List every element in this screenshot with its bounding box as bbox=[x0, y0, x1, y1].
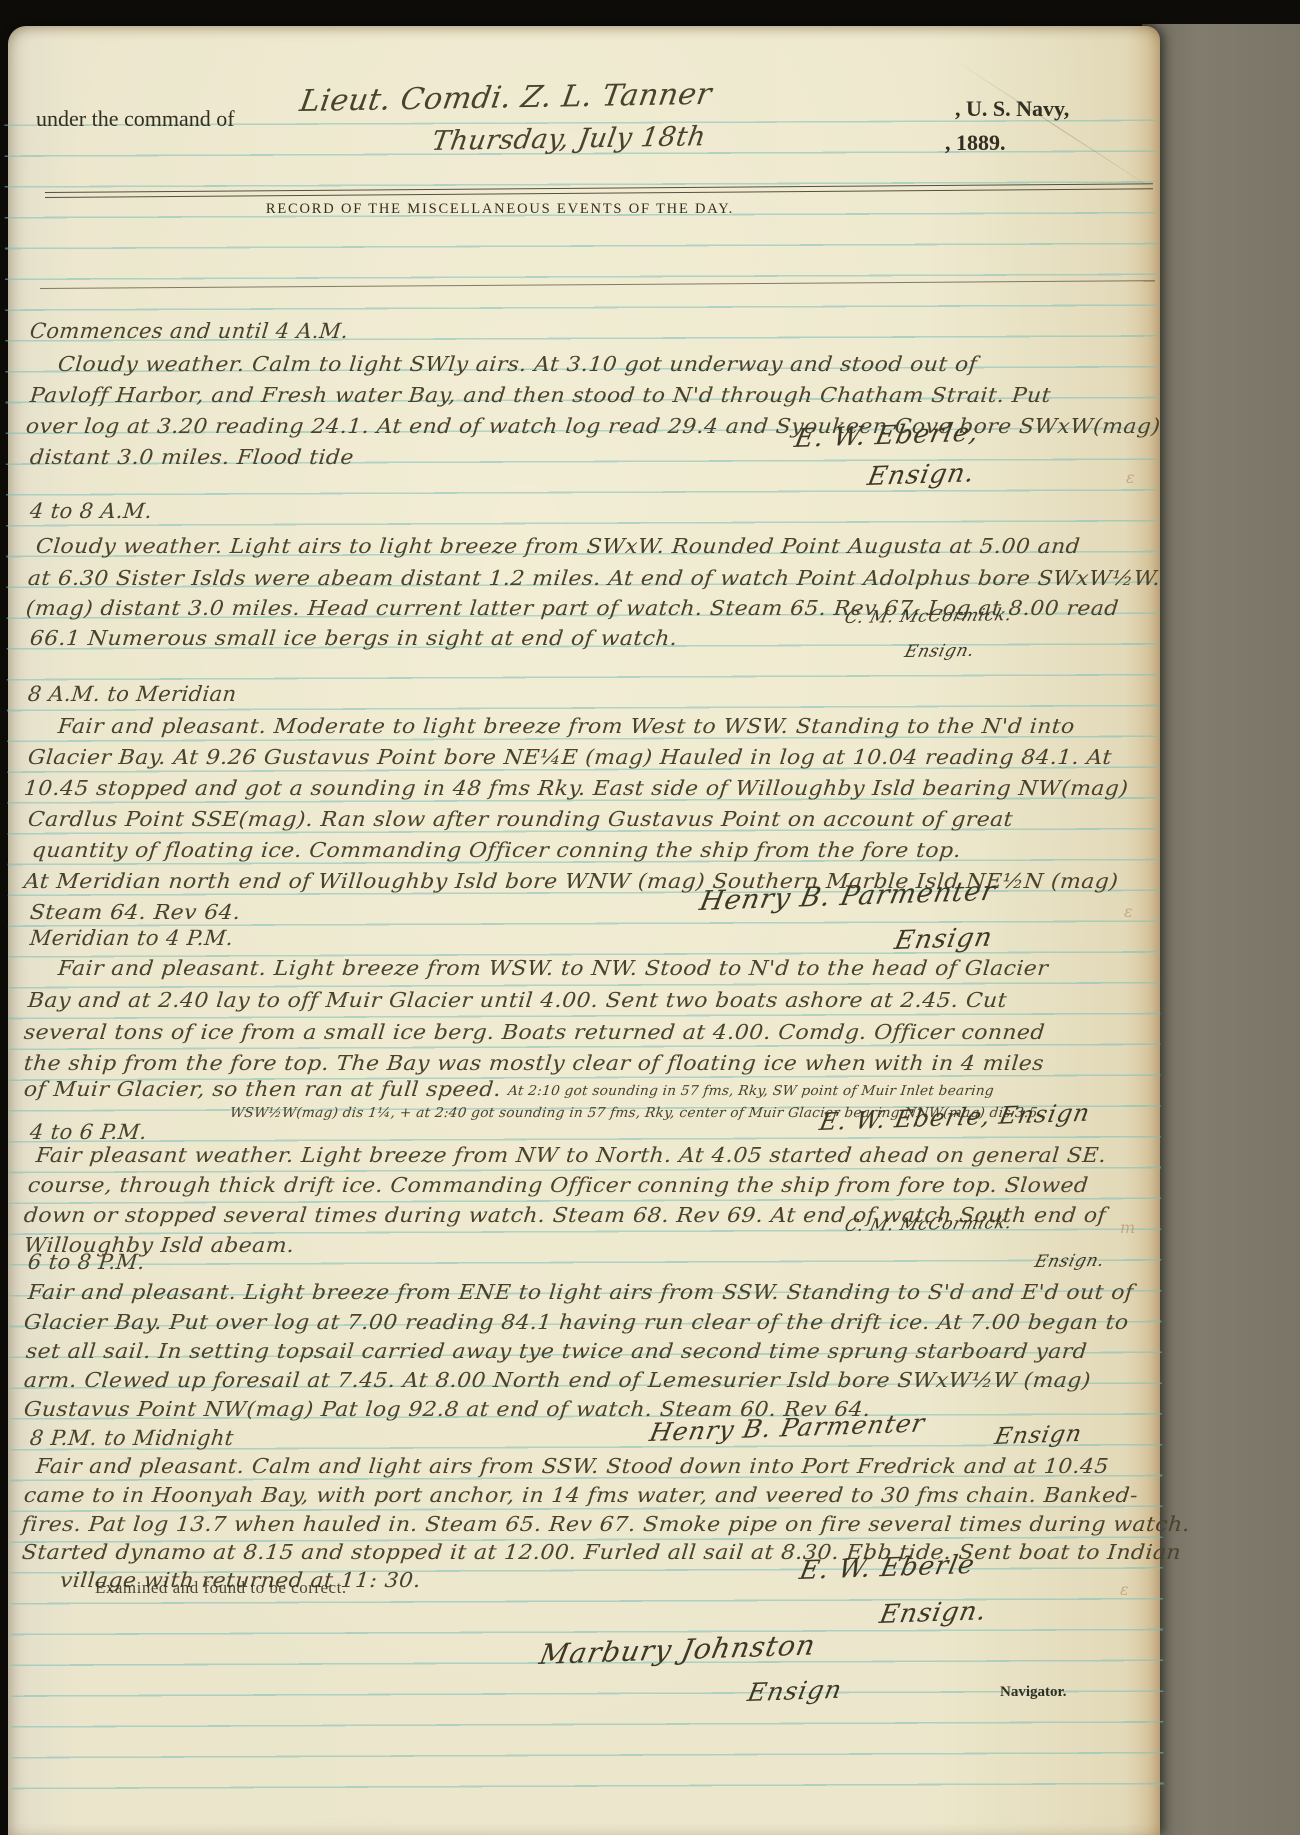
log-line: Cardlus Point SSE(mag). Ran slow after r… bbox=[27, 805, 1014, 833]
log-line: over log at 3.20 reading 24.1. At end of… bbox=[25, 412, 1162, 440]
watch-heading: 4 to 8 A.M. bbox=[29, 497, 154, 525]
log-line: of Muir Glacier, so then ran at full spe… bbox=[23, 1075, 503, 1103]
log-line: Glacier Bay. At 9.26 Gustavus Point bore… bbox=[27, 743, 1113, 771]
officer-rank: Ensign bbox=[992, 1421, 1084, 1450]
watch-heading: Meridian to 4 P.M. bbox=[29, 924, 235, 952]
log-line: distant 3.0 miles. Flood tide bbox=[29, 443, 355, 471]
log-line: Bay and at 2.40 lay to off Muir Glacier … bbox=[27, 986, 1008, 1014]
log-line: at 6.30 Sister Islds were abeam distant … bbox=[27, 564, 1162, 592]
watch-heading: 6 to 8 P.M. bbox=[27, 1248, 147, 1276]
officer-rank: Ensign bbox=[892, 923, 995, 956]
watch-heading: Commences and until 4 A.M. bbox=[29, 317, 350, 345]
officer-rank: Ensign. bbox=[1032, 1251, 1106, 1272]
officer-signature: E. W. Eberle bbox=[797, 1550, 978, 1586]
margin-mark: ε bbox=[1124, 902, 1133, 921]
margin-mark: ε bbox=[1120, 1580, 1129, 1599]
log-line: came to in Hoonyah Bay, with port anchor… bbox=[23, 1481, 1139, 1509]
watch-heading: 8 P.M. to Midnight bbox=[29, 1424, 236, 1452]
log-line: Cloudy weather. Light airs to light bree… bbox=[35, 532, 1082, 560]
margin-mark: ε bbox=[1126, 468, 1135, 487]
officer-rank: Ensign. bbox=[865, 458, 978, 492]
log-line: the ship from the fore top. The Bay was … bbox=[23, 1049, 1045, 1077]
log-line: 66.1 Numerous small ice bergs in sight a… bbox=[29, 624, 679, 652]
log-line: fires. Pat log 13.7 when hauled in. Stea… bbox=[21, 1510, 1191, 1538]
officer-rank: Ensign. bbox=[877, 1596, 990, 1630]
log-line: several tons of ice from a small ice ber… bbox=[23, 1018, 1046, 1046]
page-title: RECORD OF THE MISCELLANEOUS EVENTS OF TH… bbox=[230, 201, 770, 218]
log-line: Pavloff Harbor, and Fresh water Bay, and… bbox=[29, 381, 1052, 409]
margin-mark: m bbox=[1120, 1218, 1135, 1237]
log-line: Fair and pleasant. Calm and light airs f… bbox=[35, 1452, 1110, 1480]
commander-signature-line: Lieut. Comdi. Z. L. Tanner bbox=[298, 81, 714, 116]
log-line: Steam 64. Rev 64. bbox=[29, 898, 242, 926]
officer-rank: Ensign. bbox=[902, 641, 976, 662]
log-line: quantity of floating ice. Commanding Off… bbox=[31, 836, 962, 864]
log-line: Cloudy weather. Calm to light SWly airs.… bbox=[57, 350, 979, 378]
printed-navigator-label: Navigator. bbox=[1000, 1684, 1067, 1701]
log-line: course, through thick drift ice. Command… bbox=[27, 1171, 1090, 1199]
officer-signature: C. M. McCormick. bbox=[842, 1213, 1014, 1236]
officer-signature: C. M. McCormick. bbox=[842, 605, 1014, 628]
printed-command-prefix: under the command of bbox=[36, 106, 235, 132]
log-line: Fair pleasant weather. Light breeze from… bbox=[35, 1141, 1108, 1169]
printed-us-navy: , U. S. Navy, bbox=[955, 96, 1069, 122]
log-line: set all sail. In setting topsail carried… bbox=[25, 1337, 1089, 1365]
log-line: Fair and pleasant. Moderate to light bre… bbox=[57, 712, 1076, 740]
log-line: Fair and pleasant. Light breeze from ENE… bbox=[27, 1278, 1135, 1306]
logbook-scan: { "page": { "header": { "printed_prefix"… bbox=[0, 0, 1300, 1835]
log-line: Started dynamo at 8.15 and stopped it at… bbox=[21, 1538, 1182, 1566]
log-line: 10.45 stopped and got a sounding in 48 f… bbox=[23, 774, 1130, 802]
log-line: Fair and pleasant. Light breeze from WSW… bbox=[57, 954, 1050, 982]
navigator-rank: Ensign bbox=[745, 1675, 845, 1707]
watch-heading: 8 A.M. to Meridian bbox=[27, 680, 239, 708]
date-handwritten: Thursday, July 18th bbox=[430, 123, 708, 156]
inserted-note: At 2:10 got sounding in 57 fms, Rky, SW … bbox=[507, 1082, 995, 1100]
printed-year: , 1889. bbox=[945, 130, 1006, 156]
log-line: Glacier Bay. Put over log at 7.00 readin… bbox=[23, 1308, 1130, 1336]
log-line: arm. Clewed up foresail at 7.45. At 8.00… bbox=[23, 1366, 1092, 1394]
examined-stamp: Examined and found to be correct. bbox=[95, 1578, 347, 1598]
